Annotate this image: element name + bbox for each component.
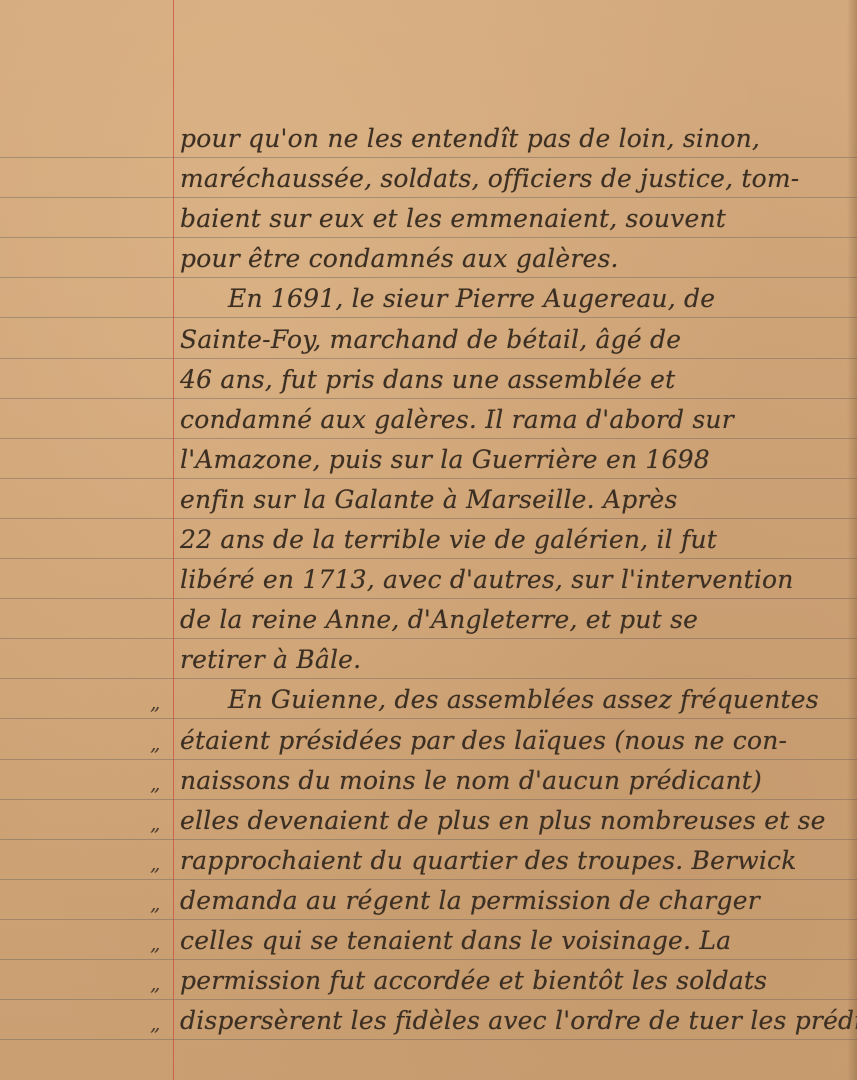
text-line: condamné aux galères. Il rama d'abord su… (180, 400, 845, 440)
text-line: baient sur eux et les emmenaient, souven… (180, 199, 845, 239)
text-line: maréchaussée, soldats, officiers de just… (180, 159, 845, 199)
text-line: Sainte-Foy, marchand de bétail, âgé de (180, 320, 845, 360)
quote-mark: „ (150, 1001, 166, 1041)
text-line: naissons du moins le nom d'aucun prédica… (180, 761, 845, 801)
text-line: rapprochaient du quartier des troupes. B… (180, 841, 845, 881)
quote-mark: „ (150, 881, 166, 921)
margin-line (173, 0, 174, 1080)
text-line: elles devenaient de plus en plus nombreu… (180, 801, 845, 841)
text-line: de la reine Anne, d'Angleterre, et put s… (180, 600, 845, 640)
text-line: libéré en 1713, avec d'autres, sur l'int… (180, 560, 845, 600)
text-line: 46 ans, fut pris dans une assemblée et (180, 360, 845, 400)
quote-mark: „ (150, 921, 166, 961)
quote-mark: „ (150, 801, 166, 841)
text-line: demanda au régent la permission de charg… (180, 881, 845, 921)
text-line: étaient présidées par des laïques (nous … (180, 721, 845, 761)
text-line: 22 ans de la terrible vie de galérien, i… (180, 520, 845, 560)
text-line: En 1691, le sieur Pierre Augereau, de (180, 279, 845, 319)
quote-mark: „ (150, 721, 166, 761)
text-line: permission fut accordée et bientôt les s… (180, 961, 845, 1001)
quote-mark: „ (150, 680, 166, 720)
text-line: pour être condamnés aux galères. (180, 239, 845, 279)
text-line: dispersèrent les fidèles avec l'ordre de… (180, 1001, 845, 1041)
text-line: l'Amazone, puis sur la Guerrière en 1698 (180, 440, 845, 480)
text-line: retirer à Bâle. (180, 640, 845, 680)
text-line: celles qui se tenaient dans le voisinage… (180, 921, 845, 961)
text-line: En Guienne, des assemblées assez fréquen… (180, 680, 845, 720)
quote-mark: „ (150, 841, 166, 881)
text-line: enfin sur la Galante à Marseille. Après (180, 480, 845, 520)
notebook-page: pour qu'on ne les entendît pas de loin, … (0, 0, 857, 1080)
quote-mark: „ (150, 761, 166, 801)
quote-mark: „ (150, 961, 166, 1001)
text-line: pour qu'on ne les entendît pas de loin, … (180, 119, 845, 159)
